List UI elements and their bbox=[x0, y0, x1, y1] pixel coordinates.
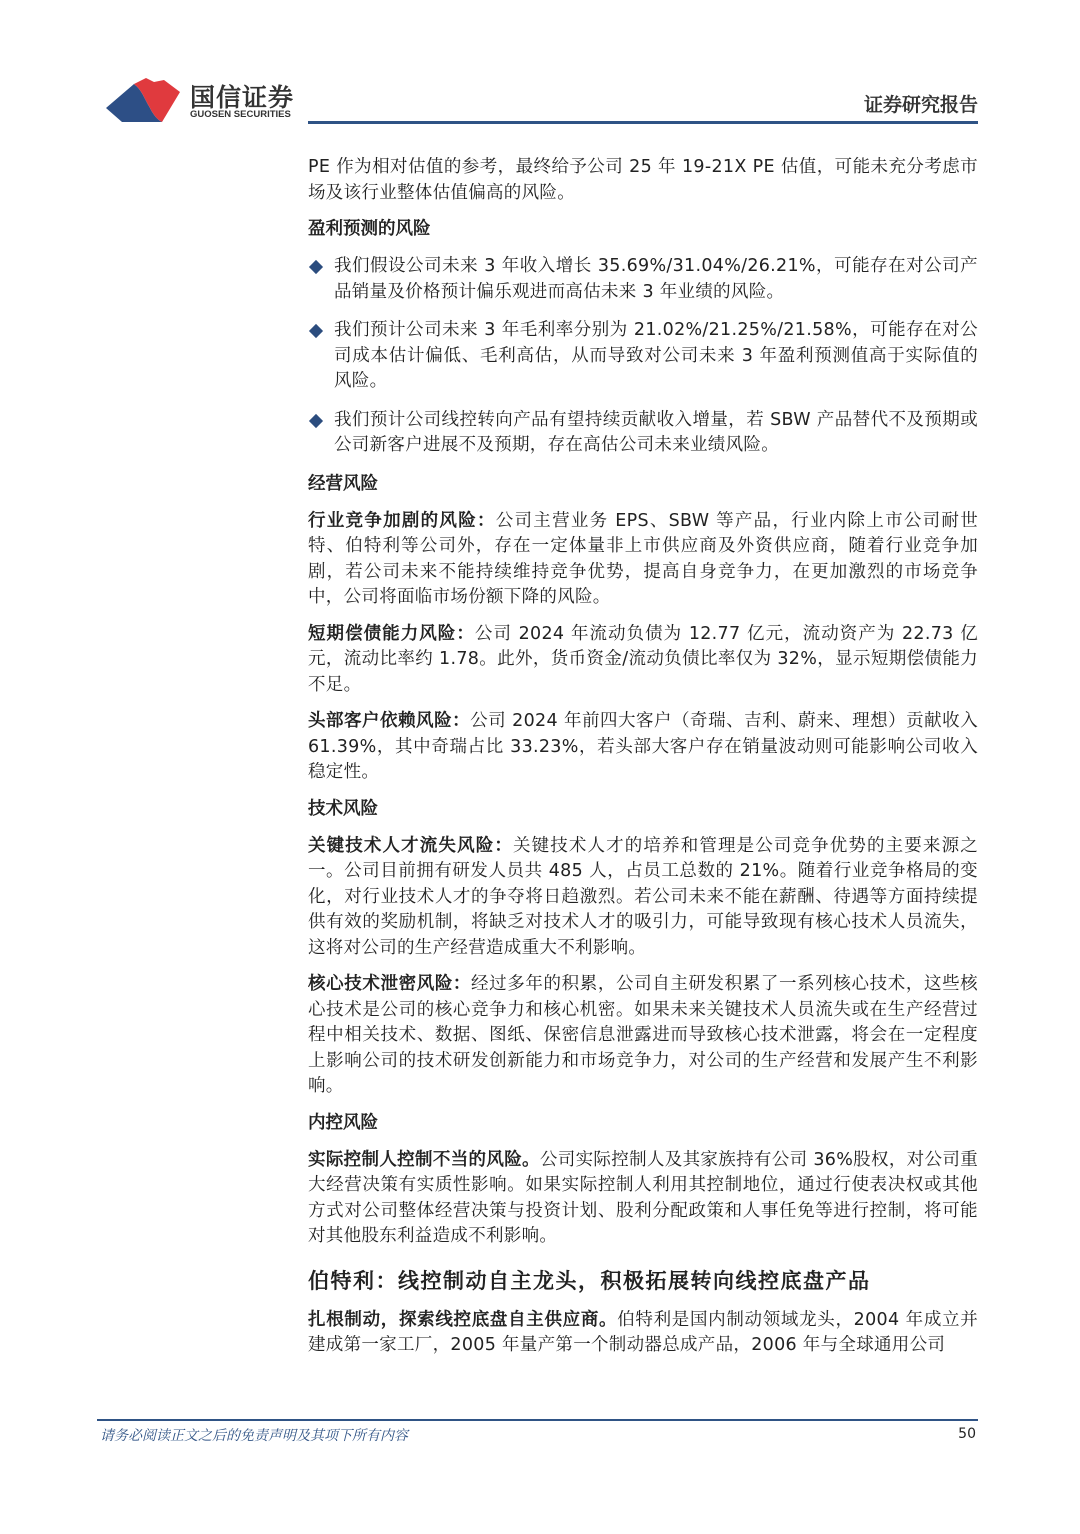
risk-paragraph: 实际控制人控制不当的风险。公司实际控制人及其家族持有公司 36%股权，对公司重大… bbox=[308, 1148, 978, 1250]
logo-english-name: GUOSEN SECURITIES bbox=[190, 109, 291, 120]
bullet-item: 我们预计公司未来 3 年毛利率分别为 21.02%/21.25%/21.58%，… bbox=[308, 318, 978, 395]
bullet-item: 我们假设公司未来 3 年收入增长 35.69%/31.04%/26.21%，可能… bbox=[308, 254, 978, 305]
bullet-item: 我们预计公司线控转向产品有望持续贡献收入增量，若 SBW 产品替代不及预期或公司… bbox=[308, 408, 978, 459]
risk-paragraph: 头部客户依赖风险：公司 2024 年前四大客户（奇瑞、吉利、蔚来、理想）贡献收入… bbox=[308, 709, 978, 786]
risk-lead: 头部客户依赖风险： bbox=[308, 711, 470, 731]
risk-lead: 短期偿债能力风险： bbox=[308, 624, 475, 644]
heading-internal-control-risk: 内控风险 bbox=[308, 1111, 978, 1136]
intro-paragraph: PE 作为相对估值的参考，最终给予公司 25 年 19-21X PE 估值，可能… bbox=[308, 155, 978, 206]
diamond-bullet-icon bbox=[309, 260, 323, 274]
risk-lead: 核心技术泄密风险： bbox=[308, 974, 471, 994]
report-body: PE 作为相对估值的参考，最终给予公司 25 年 19-21X PE 估值，可能… bbox=[308, 155, 978, 1370]
page-number: 50 bbox=[958, 1426, 976, 1442]
disclaimer-note: 请务必阅读正文之后的免责声明及其项下所有内容 bbox=[100, 1425, 408, 1445]
diamond-bullet-icon bbox=[309, 413, 323, 427]
risk-paragraph: 关键技术人才流失风险：关键技术人才的培养和管理是公司竞争优势的主要来源之一。公司… bbox=[308, 834, 978, 962]
header-divider bbox=[308, 121, 978, 124]
guosen-logo-mark-icon bbox=[104, 78, 184, 124]
section-lead: 扎根制动，探索线控底盘自主供应商。 bbox=[308, 1310, 617, 1330]
section-paragraph: 扎根制动，探索线控底盘自主供应商。伯特利是国内制动领域龙头，2004 年成立并建… bbox=[308, 1308, 978, 1359]
heading-profit-forecast-risk: 盈利预测的风险 bbox=[308, 217, 978, 242]
footer-divider bbox=[97, 1419, 978, 1421]
risk-paragraph: 行业竞争加剧的风险：公司主营业务 EPS、SBW 等产品，行业内除上市公司耐世特… bbox=[308, 509, 978, 611]
diamond-bullet-icon bbox=[309, 324, 323, 338]
risk-lead: 行业竞争加剧的风险： bbox=[308, 511, 496, 531]
report-type-label: 证券研究报告 bbox=[864, 90, 978, 117]
heading-operating-risk: 经营风险 bbox=[308, 472, 978, 497]
risk-paragraph: 短期偿债能力风险：公司 2024 年流动负债为 12.77 亿元，流动资产为 2… bbox=[308, 622, 978, 699]
bullet-text: 我们预计公司线控转向产品有望持续贡献收入增量，若 SBW 产品替代不及预期或公司… bbox=[334, 410, 978, 456]
bullet-text: 我们假设公司未来 3 年收入增长 35.69%/31.04%/26.21%，可能… bbox=[334, 256, 978, 302]
section-title-bethel: 伯特利：线控制动自主龙头，积极拓展转向线控底盘产品 bbox=[308, 1266, 978, 1296]
risk-paragraph: 核心技术泄密风险：经过多年的积累，公司自主研发积累了一系列核心技术，这些核心技术… bbox=[308, 972, 978, 1100]
risk-lead: 实际控制人控制不当的风险。 bbox=[308, 1150, 540, 1170]
guosen-logo: 国信证券 GUOSEN SECURITIES bbox=[104, 76, 294, 126]
bullet-text: 我们预计公司未来 3 年毛利率分别为 21.02%/21.25%/21.58%，… bbox=[334, 320, 978, 391]
risk-lead: 关键技术人才流失风险： bbox=[308, 836, 513, 856]
heading-technology-risk: 技术风险 bbox=[308, 797, 978, 822]
